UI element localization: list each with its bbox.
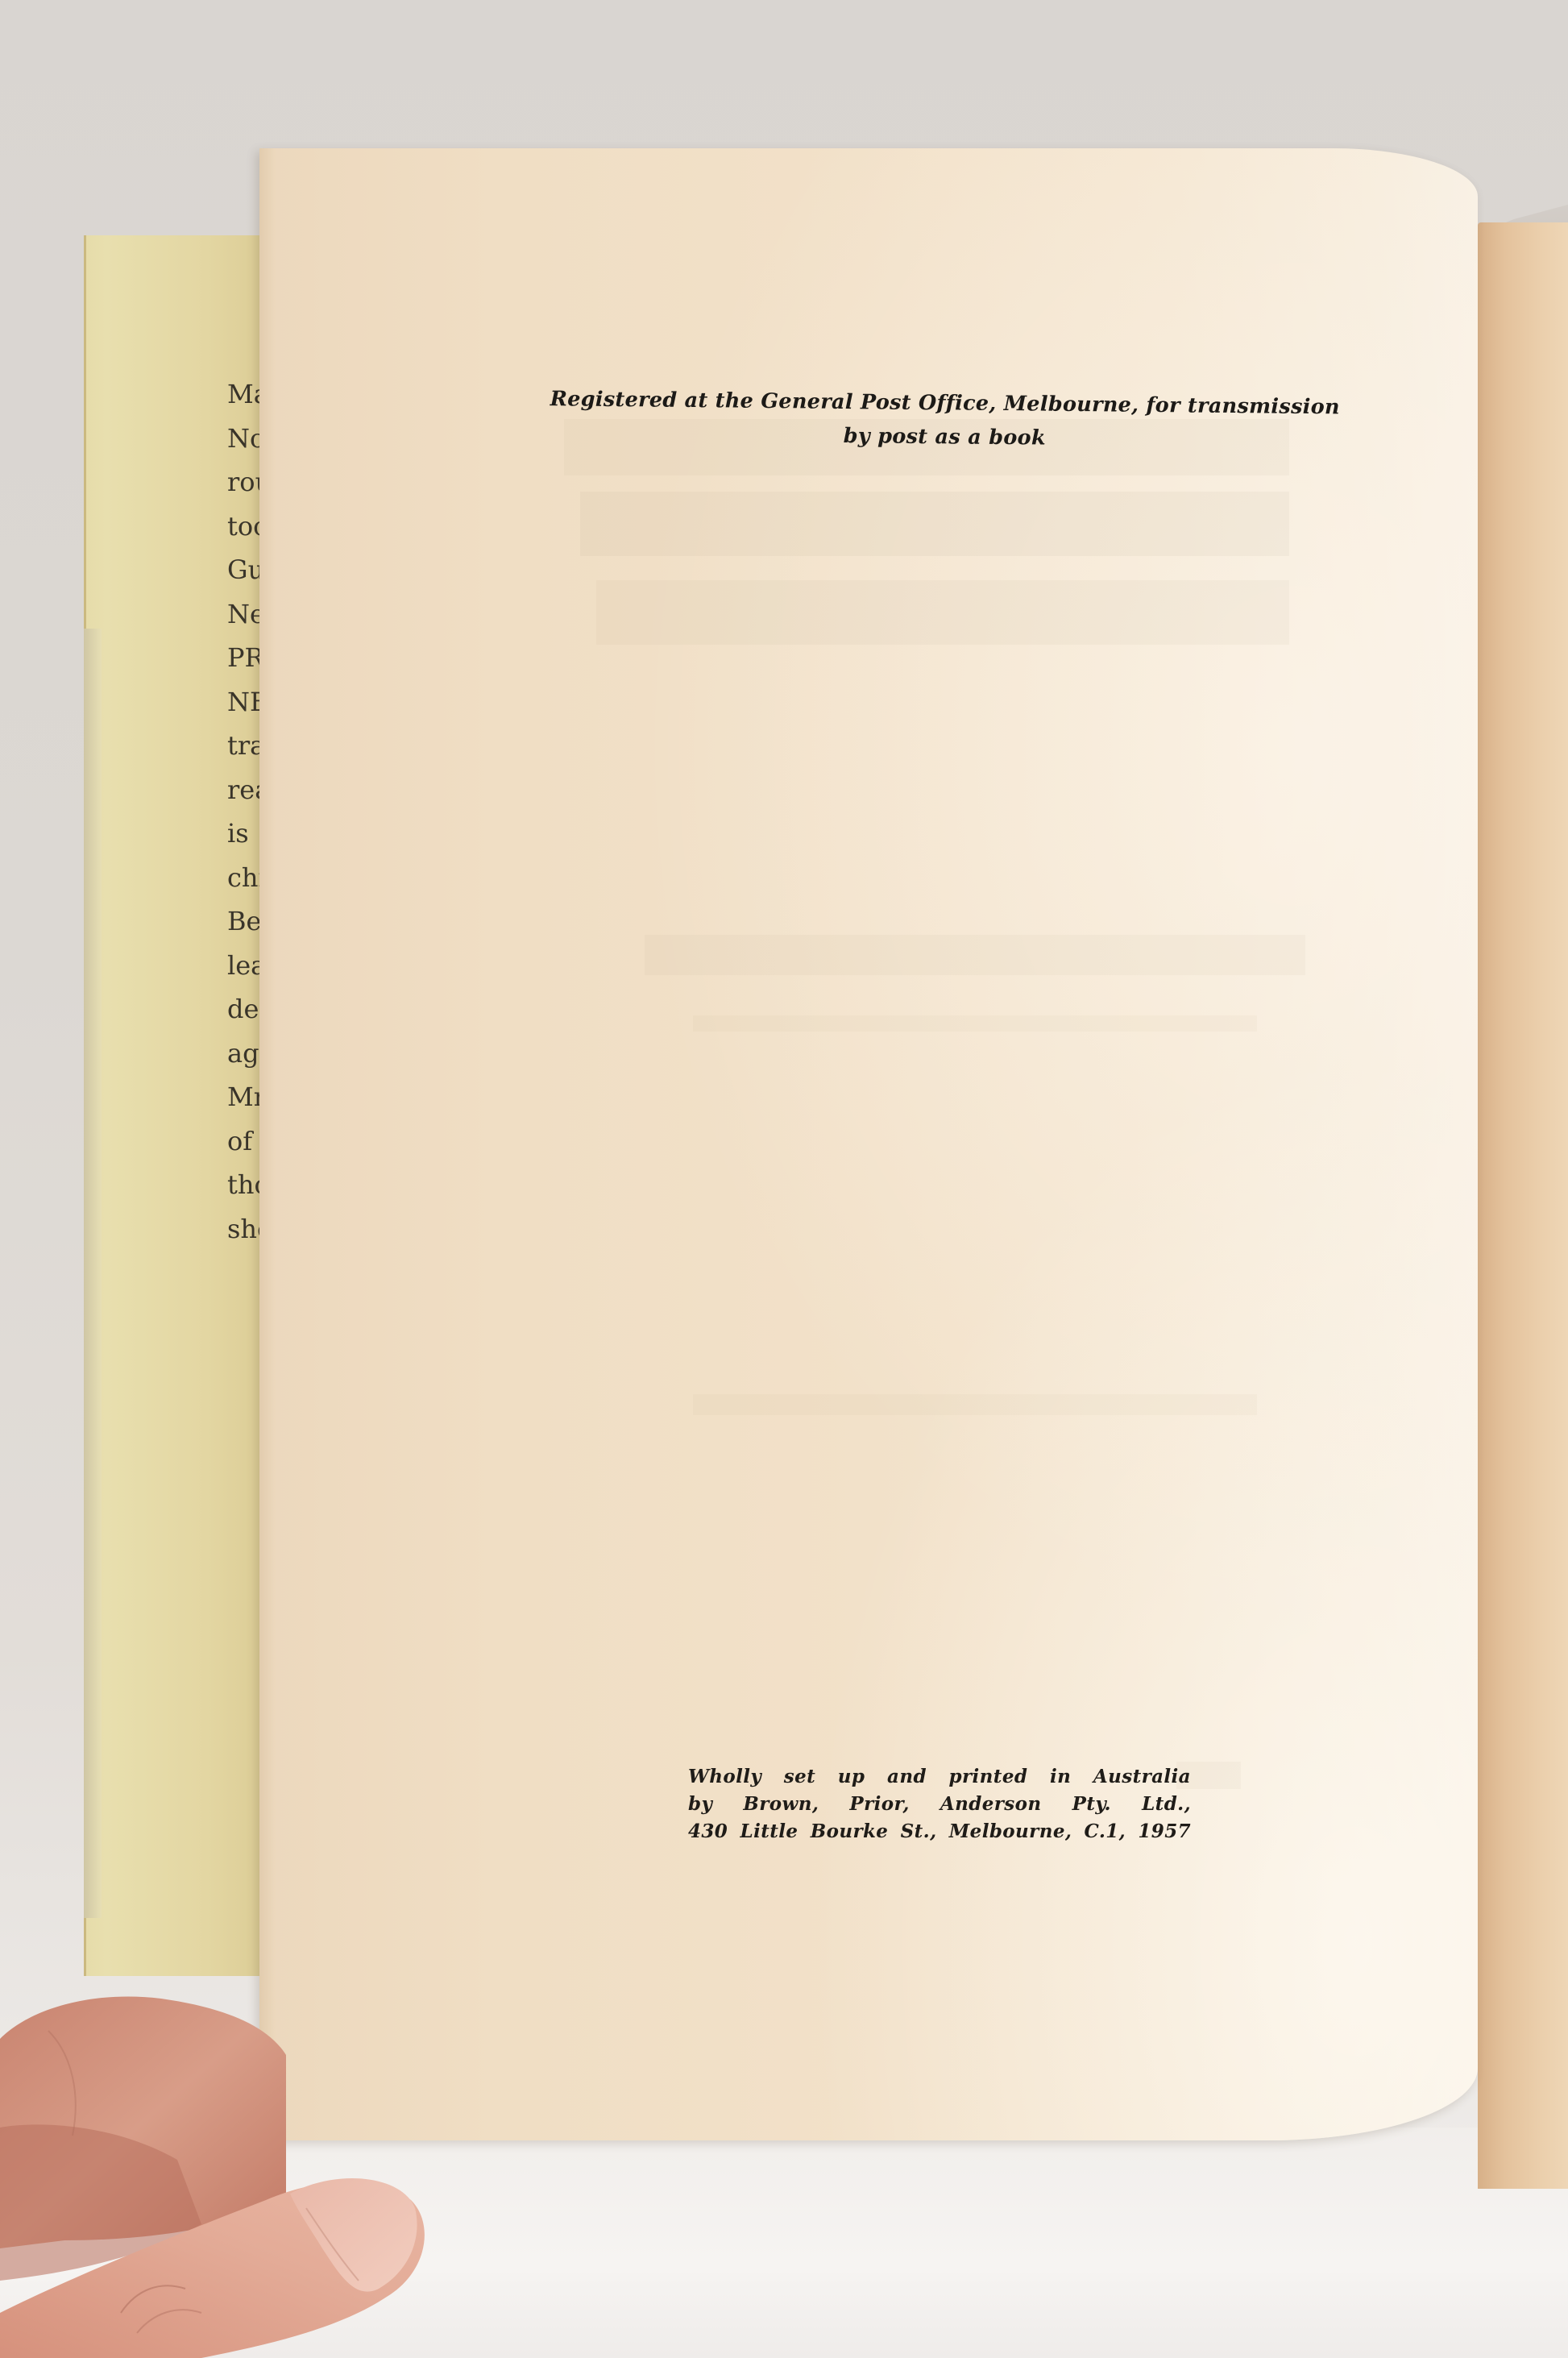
imprint-line-2: by Brown, Prior, Anderson Pty. Ltd.,	[688, 1791, 1191, 1818]
hand-holding-page	[0, 1934, 516, 2358]
show-through-subline	[693, 1015, 1257, 1032]
show-through-caption	[693, 1394, 1257, 1415]
show-through-author	[645, 935, 1305, 975]
show-through-title-2	[580, 492, 1289, 556]
printer-imprint: Wholly set up and printed in Australia b…	[688, 1763, 1191, 1845]
underlying-page-right	[1478, 222, 1568, 2189]
show-through-title-3	[596, 580, 1289, 645]
page-edge-shadow	[259, 148, 276, 2140]
registration-notice: Registered at the General Post Office, M…	[537, 382, 1352, 459]
imprint-line-1: Wholly set up and printed in Australia	[688, 1763, 1191, 1791]
jacket-flap-fold	[84, 629, 102, 1918]
imprint-line-3: 430 Little Bourke St., Melbourne, C.1, 1…	[688, 1818, 1191, 1845]
